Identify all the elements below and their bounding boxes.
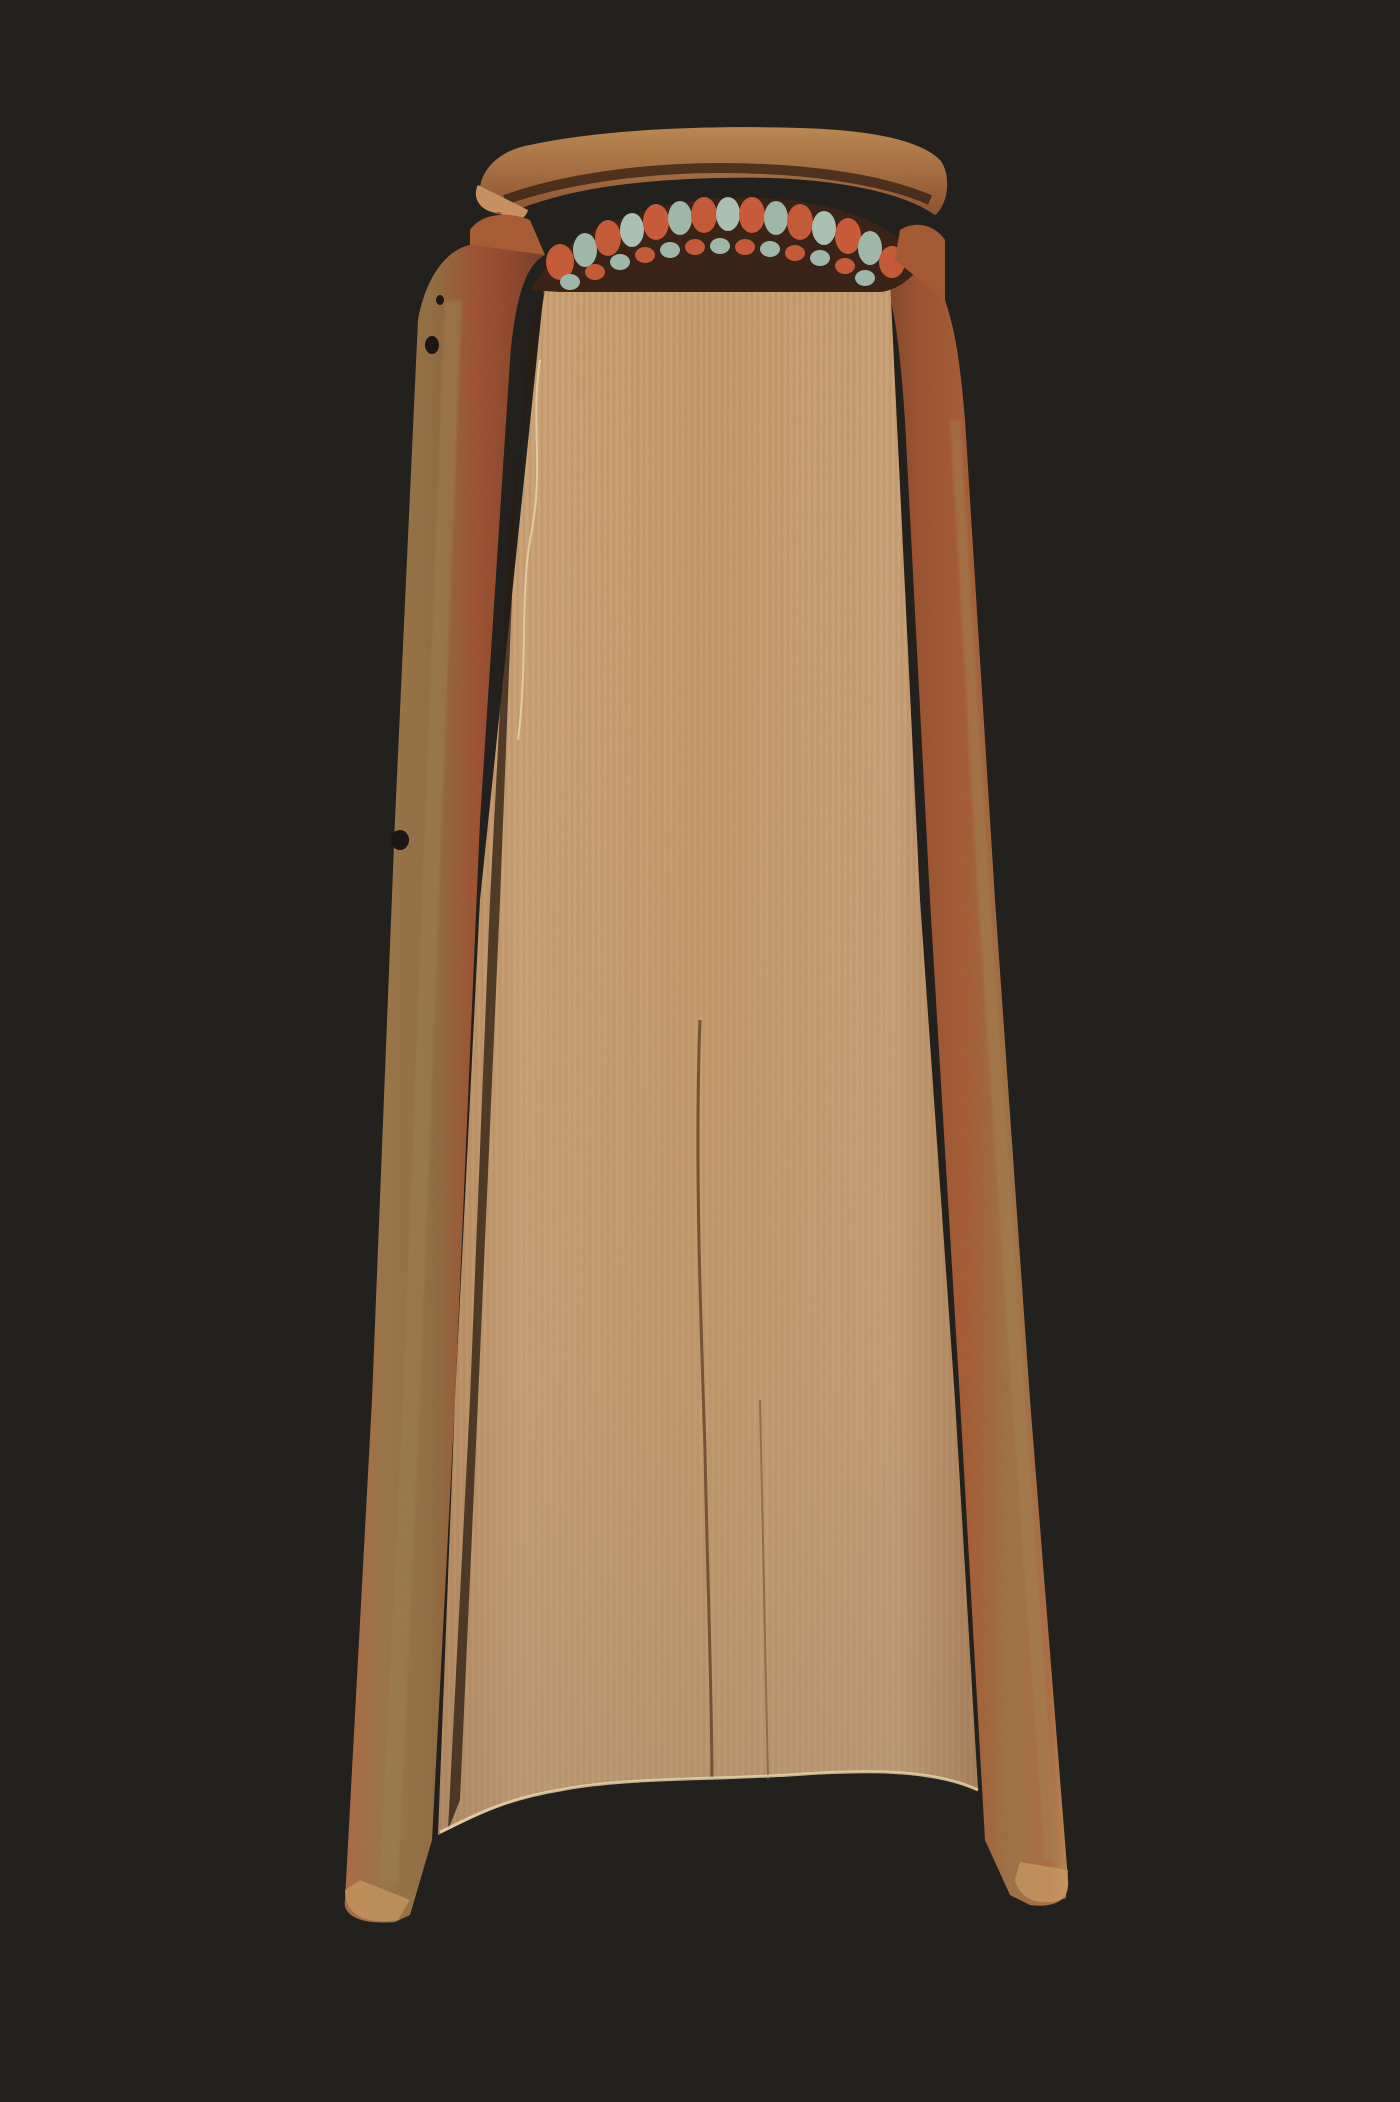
headband bbox=[530, 197, 925, 292]
text-block-page-edges bbox=[438, 280, 978, 1835]
book-photo-scene: Book head with red and blue-green headba… bbox=[0, 0, 1400, 2102]
hole-upper bbox=[425, 336, 439, 354]
hole-small bbox=[436, 295, 444, 305]
book-illustration bbox=[0, 0, 1400, 2102]
hole-lower bbox=[391, 830, 409, 850]
